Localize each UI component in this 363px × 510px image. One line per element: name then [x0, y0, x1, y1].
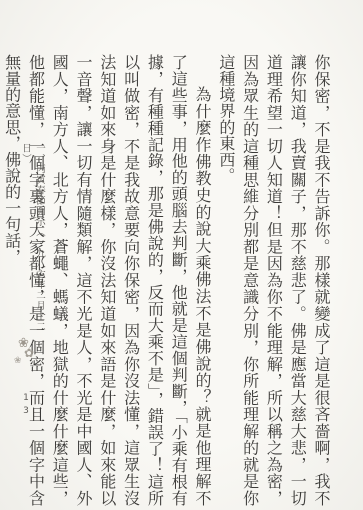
plum-blossom-stamp-icon: ❀✿❀: [13, 334, 43, 376]
paragraph-1: 你保密，不是我不告訴你。那樣就變成了這是很吝嗇啊，我不讓你知道，我賣關子，那不慈…: [213, 54, 332, 506]
chapter-margin-note: 一、丙寅春節開示（一九八六年二月十二日）: [18, 143, 46, 343]
page-number: 13: [21, 393, 31, 419]
book-page: 你保密，不是我不告訴你。那樣就變成了這是很吝嗇啊，我不讓你知道，我賣關子，那不慈…: [0, 0, 363, 510]
vertical-text-body: 你保密，不是我不告訴你。那樣就變成了這是很吝嗇啊，我不讓你知道，我賣關子，那不慈…: [0, 54, 332, 506]
